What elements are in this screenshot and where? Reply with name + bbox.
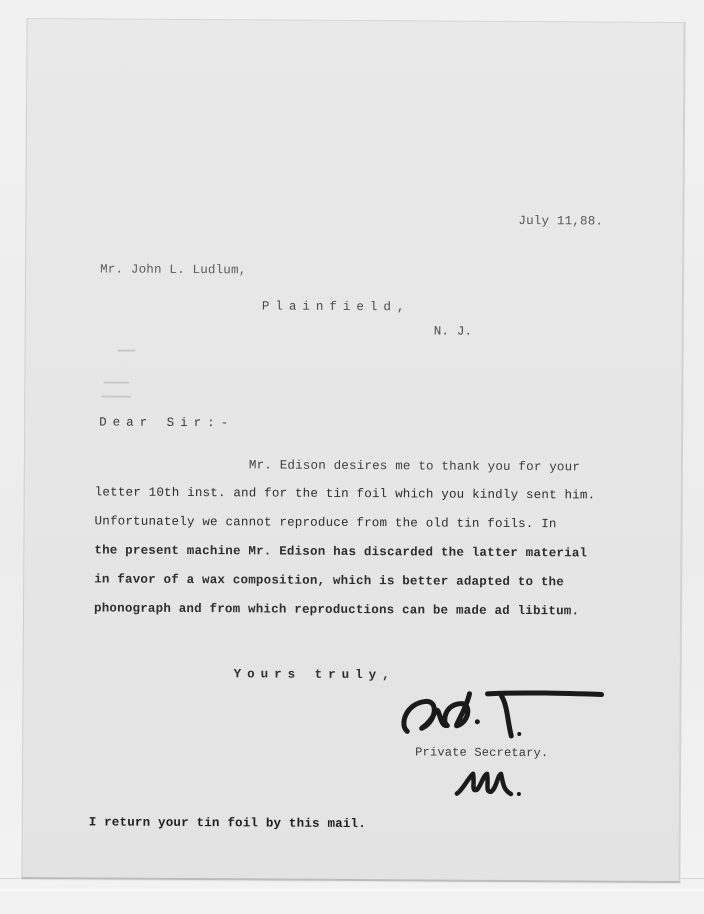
addressee-name: Mr. John L. Ludlum,: [100, 263, 246, 276]
scan-bottom-edge: [0, 878, 704, 914]
closing: Yours truly,: [234, 668, 396, 681]
body-line: letter 10th inst. and for the tin foil w…: [95, 486, 596, 502]
body-line: Unfortunately we cannot reproduce from t…: [95, 515, 557, 530]
postscript: I return your tin foil by this mail.: [89, 816, 366, 830]
handwritten-initial: [453, 764, 523, 800]
body-line: in favor of a wax composition, which is …: [94, 573, 564, 588]
body-line: the present machine Mr. Edison has disca…: [94, 544, 587, 560]
letter-page: July 11,88. Mr. John L. Ludlum, Plainfie…: [21, 18, 685, 883]
letter-date: July 11,88.: [518, 215, 603, 228]
addressee-city: Plainfield,: [262, 300, 411, 313]
margin-smudges: [95, 349, 155, 419]
salutation: Dear Sir:-: [99, 416, 234, 429]
handwritten-signature: [395, 681, 605, 742]
signer-title: Private Secretary.: [415, 746, 548, 759]
body-line: phonograph and from which reproductions …: [94, 602, 579, 617]
body-line: Mr. Edison desires me to thank you for y…: [249, 459, 580, 474]
addressee-state: N. J.: [434, 325, 473, 338]
